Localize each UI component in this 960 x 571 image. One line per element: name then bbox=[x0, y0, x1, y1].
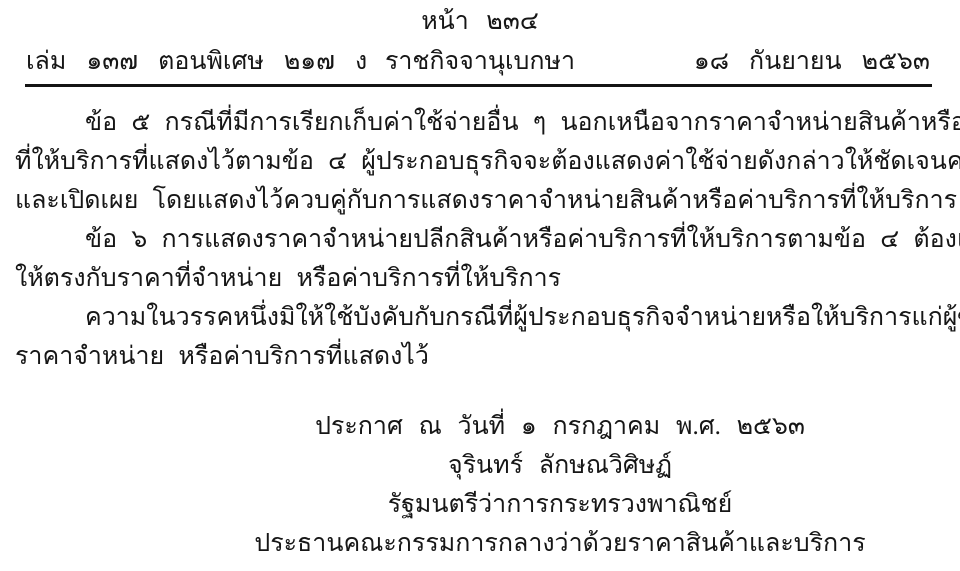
paragraph-clause-6: ข้อ ๖ การแสดงราคาจำหน่ายปลีกสินค้าหรือค่… bbox=[15, 220, 950, 298]
document-page: หน้า ๒๓๔ เล่ม ๑๓๗ ตอนพิเศษ ๒๑๗ ง ราชกิจจ… bbox=[0, 0, 960, 571]
volume-issue-label: เล่ม ๑๓๗ ตอนพิเศษ ๒๑๗ ง bbox=[26, 44, 367, 80]
proclamation-date-line: ประกาศ ณ วันที่ ๑ กรกฎาคม พ.ศ. ๒๕๖๓ bbox=[160, 407, 960, 446]
paragraph-line: ราคาจำหน่าย หรือค่าบริการที่แสดงไว้ bbox=[15, 337, 950, 376]
paragraph-clause-5: ข้อ ๕ กรณีที่มีการเรียกเก็บค่าใช้จ่ายอื่… bbox=[15, 103, 950, 220]
paragraph-line: ข้อ ๕ กรณีที่มีการเรียกเก็บค่าใช้จ่ายอื่… bbox=[15, 103, 950, 142]
gazette-header-row: เล่ม ๑๓๗ ตอนพิเศษ ๒๑๗ ง ราชกิจจานุเบกษา … bbox=[0, 44, 960, 80]
header-divider-rule bbox=[25, 84, 932, 87]
signatory-name: จุรินทร์ ลักษณวิศิษฏ์ bbox=[160, 446, 960, 485]
signature-block: ประกาศ ณ วันที่ ๑ กรกฎาคม พ.ศ. ๒๕๖๓ จุริ… bbox=[160, 407, 960, 563]
paragraph-line: และเปิดเผย โดยแสดงไว้ควบคู่กับการแสดงราค… bbox=[15, 181, 950, 220]
paragraph-line: ให้ตรงกับราคาที่จำหน่าย หรือค่าบริการที่… bbox=[15, 259, 950, 298]
paragraph-line: ข้อ ๖ การแสดงราคาจำหน่ายปลีกสินค้าหรือค่… bbox=[15, 220, 950, 259]
document-body: ข้อ ๕ กรณีที่มีการเรียกเก็บค่าใช้จ่ายอื่… bbox=[15, 103, 950, 376]
paragraph-line: ความในวรรคหนึ่งมิให้ใช้บังคับกับกรณีที่ผ… bbox=[15, 298, 950, 337]
issue-date: ๑๘ กันยายน ๒๕๖๓ bbox=[694, 44, 930, 80]
signatory-title: รัฐมนตรีว่าการกระทรวงพาณิชย์ bbox=[160, 485, 960, 524]
gazette-title: ราชกิจจานุเบกษา bbox=[385, 44, 575, 80]
page-number-label: หน้า ๒๓๔ bbox=[0, 6, 960, 38]
paragraph-clause-6-second: ความในวรรคหนึ่งมิให้ใช้บังคับกับกรณีที่ผ… bbox=[15, 298, 950, 376]
signatory-title-secondary: ประธานคณะกรรมการกลางว่าด้วยราคาสินค้าและ… bbox=[160, 524, 960, 563]
paragraph-line: ที่ให้บริการที่แสดงไว้ตามข้อ ๔ ผู้ประกอบ… bbox=[15, 142, 950, 181]
